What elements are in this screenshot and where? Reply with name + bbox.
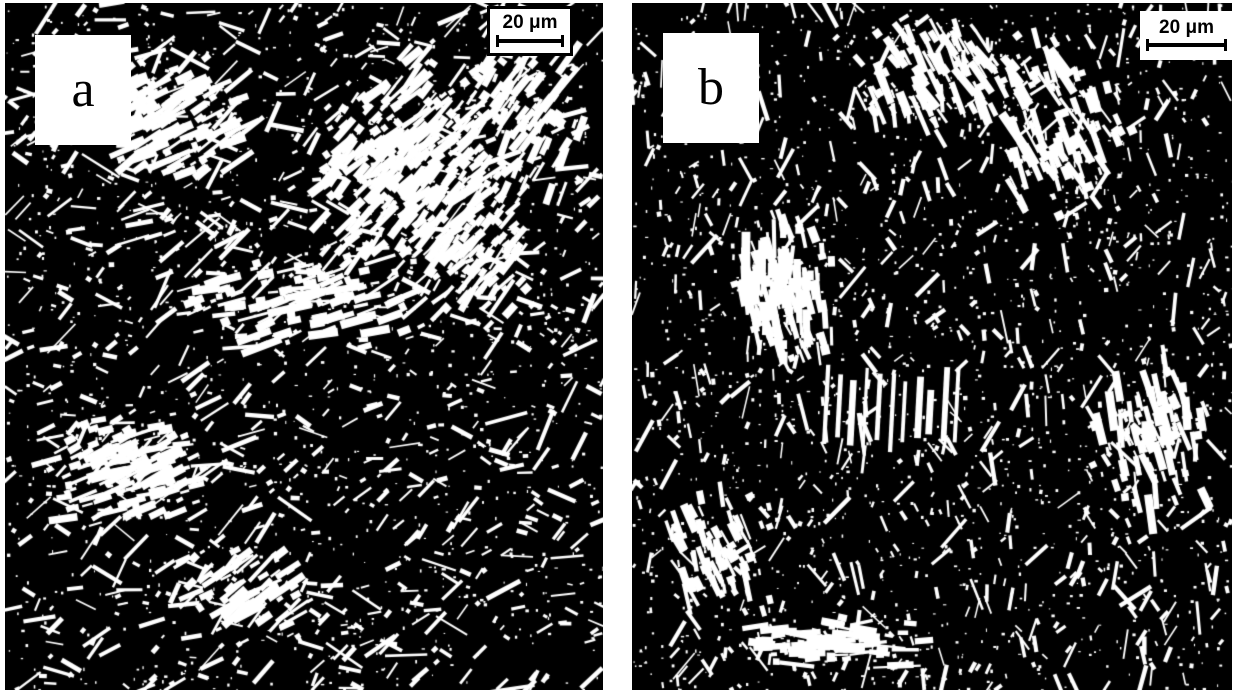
panel-label-a: a: [71, 64, 94, 116]
panel-label-box-a: a: [35, 35, 131, 145]
scale-bar-rule: [499, 39, 561, 43]
scale-bar-rule: [1149, 43, 1224, 47]
scale-bar-a: 20 μm: [487, 6, 573, 56]
scale-bar-text-a: 20 μm: [503, 13, 558, 33]
scale-bar-text-b: 20 μm: [1159, 18, 1214, 38]
scale-bar-b: 20 μm: [1140, 11, 1233, 60]
micrograph-panel-b: b 20 μm: [632, 3, 1232, 690]
scale-bar-line-a: [496, 35, 564, 47]
panel-label-b: b: [698, 62, 724, 114]
micrograph-figure: a 20 μm b 20 μm: [0, 0, 1240, 697]
scale-bar-endcap-right: [1224, 39, 1227, 51]
scale-bar-line-b: [1146, 39, 1227, 51]
micrograph-panel-a: a 20 μm: [5, 3, 603, 690]
scale-bar-endcap-right: [561, 35, 564, 47]
panel-label-box-b: b: [663, 33, 759, 143]
